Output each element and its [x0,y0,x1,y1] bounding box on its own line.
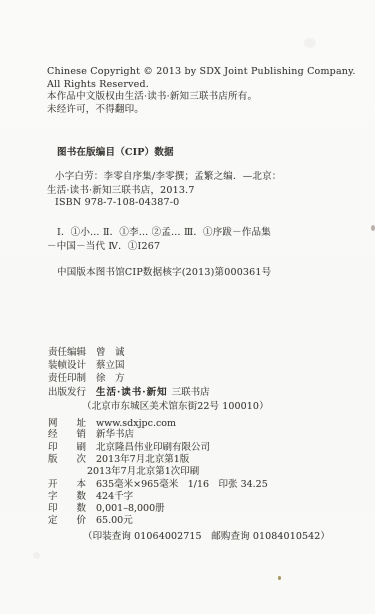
scan-smudge [33,552,40,559]
cip-classification-line-2: －中国－当代 Ⅳ．①I267 [47,241,160,253]
colophon-value: 635毫米×965毫米 1/16 印张 34.25 [96,479,268,490]
service-phone-line: （印装查询 01064002715 邮购查询 01084010542） [83,531,330,543]
colophon-row-print-run: 印数0,001–8,000册 [48,503,165,515]
colophon-value: 徐 方 [96,373,125,384]
colophon-label: 定价 [48,515,86,527]
scan-smudge [304,38,316,48]
copyright-page: Chinese Copyright © 2013 by SDX Joint Pu… [0,0,375,614]
colophon-label: 开本 [48,479,86,491]
colophon-value: 65.00元 [96,515,133,526]
colophon-row-price: 定价65.00元 [48,515,133,527]
colophon-value: 曾 诚 [96,347,125,358]
colophon-value: www.sdxjpc.com [96,418,176,429]
scan-speck [278,576,281,580]
colophon-row-word-count: 字数424千字 [48,491,133,503]
copyright-en-line-1: Chinese Copyright © 2013 by SDX Joint Pu… [47,66,356,78]
colophon-value: 0,001–8,000册 [96,503,165,514]
colophon-row-format: 开本635毫米×965毫米 1/16 印张 34.25 [48,479,268,491]
colophon-label: 印数 [48,503,86,515]
cip-entry-line-2: 生活·读书·新知三联书店，2013.7 [47,185,195,197]
colophon-label: 责任编辑 [48,347,86,359]
colophon-label: 责任印制 [48,373,86,385]
copyright-zh-line-1: 本作品中文版权由生活·读书·新知三联书店所有。 [47,91,257,103]
colophon-value: 新华书店 [96,429,134,440]
copyright-en-line-2: All Rights Reserved. [47,79,149,91]
colophon-row-printer: 印刷北京隆昌伟业印刷有限公司 [48,442,210,454]
scan-speck [371,225,375,231]
colophon-row-edition: 版次2013年7月北京第1版 [48,454,189,466]
colophon-label: 印刷 [48,442,86,454]
colophon-value: 蔡立国 [96,360,125,371]
cip-heading: 图书在版编目（CIP）数据 [57,147,174,159]
copyright-zh-line-2: 未经许可，不得翻印。 [47,104,144,116]
colophon-label: 字数 [48,491,86,503]
publisher-wordmark: 生活·读书·新知 [96,387,168,398]
colophon-row-design: 装帧设计蔡立国 [48,360,125,372]
cip-classification-line-1: Ⅰ．①小… Ⅱ．①李… ②孟… Ⅲ．①序跋－作品集 [57,227,271,239]
isbn-line: ISBN 978-7-108-04387-0 [55,197,179,209]
colophon-value: 424千字 [96,491,133,502]
colophon-row-editor: 责任编辑曾 诚 [48,347,125,359]
colophon-row-distributor: 经销新华书店 [48,429,134,441]
colophon-row-publisher: 出版发行生活·读书·新知三联书店 [48,387,210,399]
colophon-label: 版次 [48,454,86,466]
colophon-label: 出版发行 [48,387,86,399]
cip-registry-line: 中国版本图书馆CIP数据核字(2013)第000361号 [57,267,271,279]
colophon-label: 经销 [48,429,86,441]
colophon-value: 2013年7月北京第1版 [96,454,189,465]
edition-second-line: 2013年7月北京第1次印刷 [87,466,199,478]
publisher-address-line: （北京市东城区美术馆东街22号 100010） [82,401,269,413]
publisher-name: 三联书店 [172,387,210,398]
cip-entry-line-1: 小字白劳：李零自序集/李零撰；孟繁之编．—北京： [55,171,282,183]
colophon-label: 装帧设计 [48,360,86,372]
colophon-value: 北京隆昌伟业印刷有限公司 [96,442,210,453]
colophon-row-print-supervisor: 责任印制徐 方 [48,373,125,385]
